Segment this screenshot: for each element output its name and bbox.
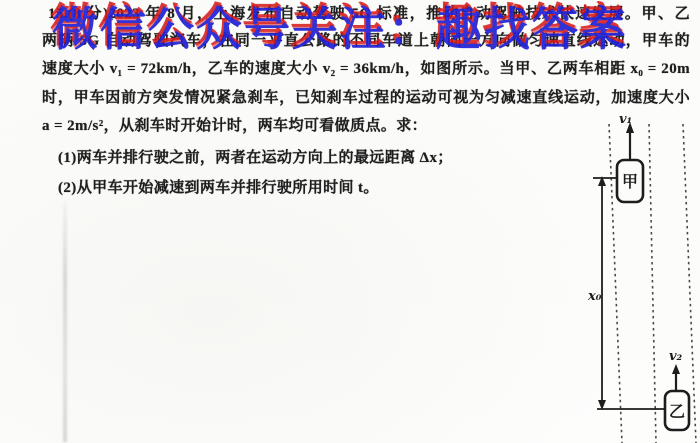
car-b-label: 乙 <box>669 402 685 421</box>
problem-line-3: 速度大小 v₁ = 72km/h，乙车的速度大小 v₂ = 36km/h，如图所… <box>42 59 690 79</box>
watermark-text: 微信公众号关注：趣找答案 <box>52 0 692 58</box>
question-2: (2)从甲车开始减速到两车并排行驶所用时间 t。 <box>58 178 379 198</box>
v1-arrow <box>626 122 634 160</box>
exam-page: 15.(8 分)2023 年 8 月，上海发布自动驾驶 5G 标准，推动自动驾驶… <box>0 0 700 443</box>
v2-arrow <box>672 364 680 391</box>
question-1: (1)两车并排行驶之前，两者在运动方向上的最远距离 Δx； <box>58 148 453 168</box>
problem-line-5: a = 2m/s²，从刹车时开始计时，两车均可看做质点。求： <box>42 116 427 136</box>
v1-label: v₁ <box>619 112 632 127</box>
lane-line-middle <box>649 124 656 443</box>
car-a-label: 甲 <box>622 172 638 191</box>
v2-label: v₂ <box>669 349 683 364</box>
lane-line-left <box>609 124 622 443</box>
v2-arrowhead <box>672 364 680 374</box>
scan-artifact-streak <box>63 202 67 442</box>
x0-measure-line <box>593 176 665 410</box>
x0-label: x₀ <box>587 289 602 304</box>
motion-diagram: v₁ 甲 x₀ v₂ 乙 <box>585 110 700 443</box>
problem-line-4: 时，甲车因前方突发情况紧急刹车，已知刹车过程的运动可视为匀减速直线运动，加速度大… <box>42 88 690 108</box>
